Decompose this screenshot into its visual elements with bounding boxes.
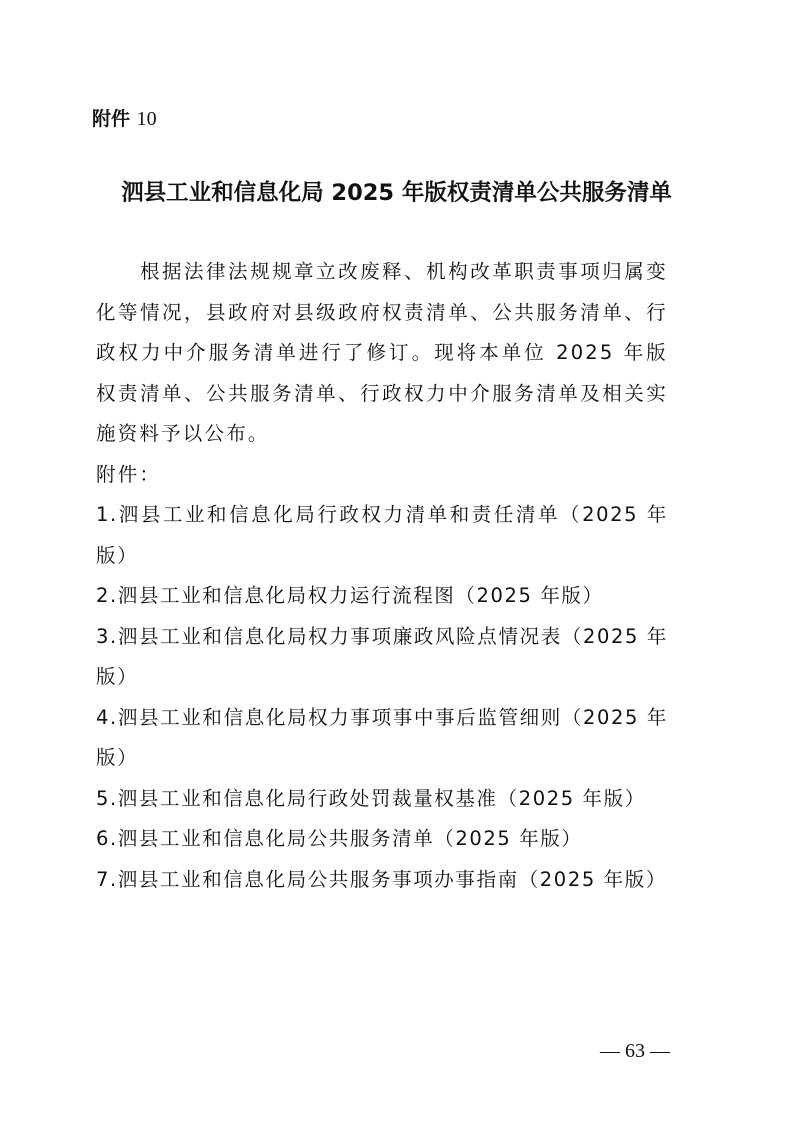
attachment-item: 3.泗县工业和信息化局权力事项廉政风险点情况表（2025 年版）: [96, 617, 668, 698]
document-title: 泗县工业和信息化局 2025 年版权责清单公共服务清单: [0, 175, 793, 207]
attachments-heading: 附件：: [96, 455, 668, 496]
attachment-item: 1.泗县工业和信息化局行政权力清单和责任清单（2025 年版）: [96, 495, 668, 576]
attachment-item: 6.泗县工业和信息化局公共服务清单（2025 年版）: [96, 819, 668, 860]
page-number: — 63 —: [600, 1040, 670, 1063]
attachment-item: 5.泗县工业和信息化局行政处罚裁量权基准（2025 年版）: [96, 779, 668, 820]
attachment-item: 7.泗县工业和信息化局公共服务事项办事指南（2025 年版）: [96, 860, 668, 901]
attachment-label-text: 附件: [92, 108, 130, 130]
attachment-number: 10: [137, 108, 157, 130]
attachment-item: 2.泗县工业和信息化局权力运行流程图（2025 年版）: [96, 576, 668, 617]
intro-paragraph: 根据法律法规规章立改废释、机构改革职责事项归属变化等情况，县政府对县级政府权责清…: [96, 252, 668, 455]
document-body: 根据法律法规规章立改废释、机构改革职责事项归属变化等情况，县政府对县级政府权责清…: [96, 252, 668, 900]
attachment-item: 4.泗县工业和信息化局权力事项事中事后监管细则（2025 年版）: [96, 698, 668, 779]
attachment-label: 附件 10: [92, 104, 157, 131]
